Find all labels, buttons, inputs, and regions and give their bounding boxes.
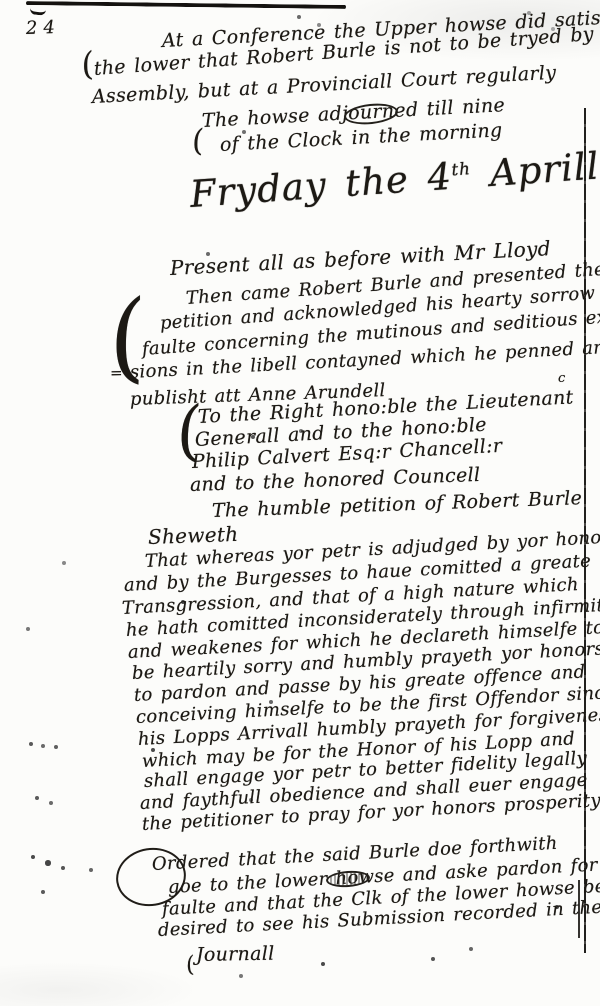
continuation-mark: = bbox=[110, 366, 123, 381]
marginal-letter: c bbox=[558, 372, 566, 385]
manuscript-page: 24 ( At a Conference the Upper howse did… bbox=[0, 0, 600, 1006]
day-heading-prefix: Fryday the bbox=[189, 158, 411, 216]
day-heading-number: 4 bbox=[426, 155, 453, 200]
order-line: Journall bbox=[196, 945, 275, 965]
petition-title: The humble petition of Robert Burle bbox=[212, 489, 583, 521]
ink-specks bbox=[0, 0, 2, 2]
page-edge-mark bbox=[26, 1, 346, 9]
day-heading: Fryday the 4th Aprill bbox=[189, 147, 600, 213]
petition-sheweth: Sheweth bbox=[148, 524, 239, 547]
page-number: 24 bbox=[26, 19, 62, 38]
day-heading-ordinal: th bbox=[451, 159, 472, 179]
page-edge-hook bbox=[30, 4, 47, 16]
day-heading-month: Aprill bbox=[489, 144, 600, 195]
flourish-bracket: ( bbox=[184, 954, 197, 977]
